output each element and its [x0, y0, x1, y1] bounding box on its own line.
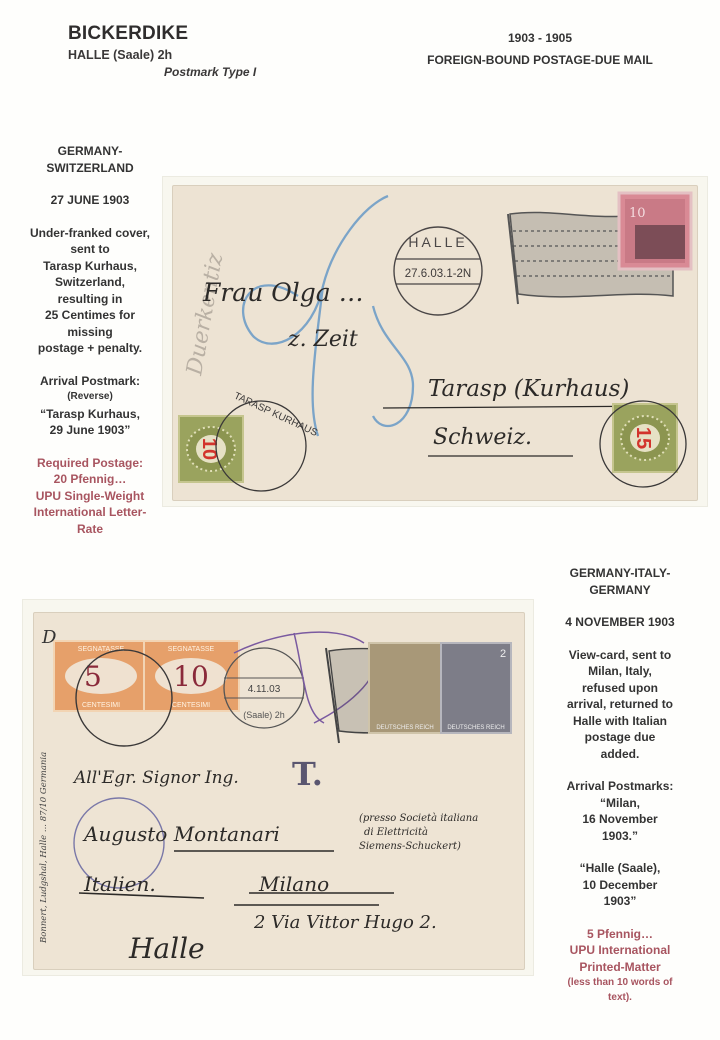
rate-line: Rate: [10, 521, 170, 538]
item1-route-line1: GERMANY-: [10, 143, 170, 160]
pencil-note: Duerkentiz: [182, 251, 228, 378]
item1-arrival-label: Arrival Postmark:: [10, 373, 170, 390]
tax-mark: T.: [292, 755, 323, 793]
desc-line: postage + penalty.: [10, 340, 170, 357]
item2-route-line1: GERMANY-ITALY-: [540, 565, 700, 582]
desc-line: arrival, returned to: [540, 696, 700, 713]
italian-due-stamp-10: SEGNATASSE 10 CENTESIMI: [144, 641, 239, 711]
postmark-type: Postmark Type I: [164, 65, 256, 79]
desc-line: Switzerland,: [10, 274, 170, 291]
item1-desc: Under-franked cover, sent to Tarasp Kurh…: [10, 225, 170, 357]
stamp-value: 2: [500, 648, 506, 660]
due-marking-25: [243, 196, 413, 436]
postmark-town: HALLE: [408, 234, 467, 250]
rate-line: 20 Pfennig…: [10, 471, 170, 488]
swiss-due-stamp-10: 10: [179, 416, 243, 482]
stamp-unit: CENTESIMI: [172, 702, 210, 709]
page-subtitle: HALLE (Saale) 2h: [68, 48, 172, 62]
card2-artwork: SEGNATASSE 5 CENTESIMI SEGNATASSE 10 CEN…: [34, 613, 524, 969]
desc-line: Halle with Italian: [540, 713, 700, 730]
series-heading: FOREIGN-BOUND POSTAGE-DUE MAIL: [360, 53, 720, 67]
desc-line: Milan, Italy,: [540, 663, 700, 680]
arrival-line: 1903”: [540, 893, 700, 910]
item2-rate-note: (less than 10 words of text).: [540, 975, 700, 1005]
postmark-town: (Saale) 2h: [243, 710, 285, 720]
due-value: 5: [84, 660, 102, 693]
address-line: di Elettricità: [364, 827, 428, 838]
stamp-unit: CENTESIMI: [82, 702, 120, 709]
cover1-artwork: Duerkentiz HALLE 27.6.03.1-2N 10 Frau Ol…: [173, 186, 697, 500]
halle-postmark: HALLE 27.6.03.1-2N: [394, 227, 482, 315]
arrival-line: “Milan,: [540, 795, 700, 812]
swiss-due-stamp-15: 15: [613, 404, 677, 472]
address-line: Halle: [128, 932, 205, 965]
postmark-date: 27.6.03.1-2N: [405, 268, 472, 280]
address-line: All'Egr. Signor Ing.: [72, 768, 239, 788]
item1-route-line2: SWITZERLAND: [10, 160, 170, 177]
stamp-label: SEGNATASSE: [168, 646, 215, 653]
desc-line: resulting in: [10, 291, 170, 308]
item1-description-panel: GERMANY- SWITZERLAND 27 JUNE 1903 Under-…: [10, 143, 170, 537]
item2-desc: View-card, sent to Milan, Italy, refused…: [540, 647, 700, 763]
item1-cover: Duerkentiz HALLE 27.6.03.1-2N 10 Frau Ol…: [172, 185, 698, 501]
item2-arrival-label: Arrival Postmarks:: [540, 778, 700, 795]
message-start: D: [41, 627, 57, 648]
item1-arrival-note: (Reverse): [10, 389, 170, 406]
desc-line: postage due: [540, 729, 700, 746]
germania-3pf-stamp: DEUTSCHES REICH: [369, 643, 441, 733]
arrival-line: 29 June 1903”: [10, 422, 170, 439]
arrival-line: 10 December: [540, 877, 700, 894]
desc-line: missing: [10, 324, 170, 341]
desc-line: 25 Centimes for: [10, 307, 170, 324]
address-line: Italien.: [83, 872, 156, 896]
item1-rate: Required Postage: 20 Pfennig… UPU Single…: [10, 455, 170, 538]
desc-line: added.: [540, 746, 700, 763]
years-heading: 1903 - 1905: [360, 31, 720, 45]
item2-card: SEGNATASSE 5 CENTESIMI SEGNATASSE 10 CEN…: [33, 612, 525, 970]
stamp-label: DEUTSCHES REICH: [447, 725, 504, 731]
germania-10pf-stamp: 10: [619, 193, 691, 269]
address-line: z. Zeit: [287, 327, 358, 352]
arrival-line: 1903.”: [540, 828, 700, 845]
stamp-label: DEUTSCHES REICH: [376, 725, 433, 731]
sender-note: Bonnert, Ludgshal, Halle ... 87/10 Germa…: [39, 752, 49, 944]
address-line: Frau Olga …: [202, 278, 364, 307]
due-value: 10: [173, 660, 209, 693]
address-line: Siemens-Schuckert): [359, 841, 461, 852]
item2-description-panel: GERMANY-ITALY- GERMANY 4 NOVEMBER 1903 V…: [540, 565, 700, 1005]
arrival-line: 16 November: [540, 811, 700, 828]
due-value: 15: [632, 427, 654, 449]
germania-2pf-stamp: 2 DEUTSCHES REICH: [441, 643, 511, 733]
address-line: 2 Via Vittor Hugo 2.: [253, 912, 437, 933]
item2-rate: 5 Pfennig… UPU International Printed-Mat…: [540, 926, 700, 976]
desc-line: View-card, sent to: [540, 647, 700, 664]
arrival-line: “Tarasp Kurhaus,: [10, 406, 170, 423]
rate-line: International Letter-: [10, 504, 170, 521]
desc-line: refused upon: [540, 680, 700, 697]
address-line: Tarasp (Kurhaus): [428, 376, 629, 402]
rate-line: 5 Pfennig…: [540, 926, 700, 943]
arrival-line: “Halle (Saale),: [540, 860, 700, 877]
address-line: Augusto Montanari: [82, 822, 280, 846]
desc-line: Under-franked cover,: [10, 225, 170, 242]
rate-note-line: (less than 10 words of: [540, 975, 700, 990]
item2-route-line2: GERMANY: [540, 582, 700, 599]
rate-line: Required Postage:: [10, 455, 170, 472]
rate-note-line: text).: [540, 990, 700, 1005]
address-line: (presso Società italiana: [359, 813, 478, 824]
rate-line: UPU International: [540, 942, 700, 959]
postmark-date: 4.11.03: [248, 684, 281, 695]
arrival-cancel-text: TARASP KURHAUS: [232, 391, 319, 439]
address-line: Schweiz.: [433, 425, 532, 450]
page-title: BICKERDIKE: [68, 23, 188, 45]
stamp-label: SEGNATASSE: [78, 646, 125, 653]
desc-line: sent to: [10, 241, 170, 258]
item2-date: 4 NOVEMBER 1903: [540, 614, 700, 631]
rate-line: UPU Single-Weight: [10, 488, 170, 505]
stamp-value: 10: [629, 206, 646, 221]
item1-date: 27 JUNE 1903: [10, 192, 170, 209]
desc-line: Tarasp Kurhaus,: [10, 258, 170, 275]
rate-line: Printed-Matter: [540, 959, 700, 976]
